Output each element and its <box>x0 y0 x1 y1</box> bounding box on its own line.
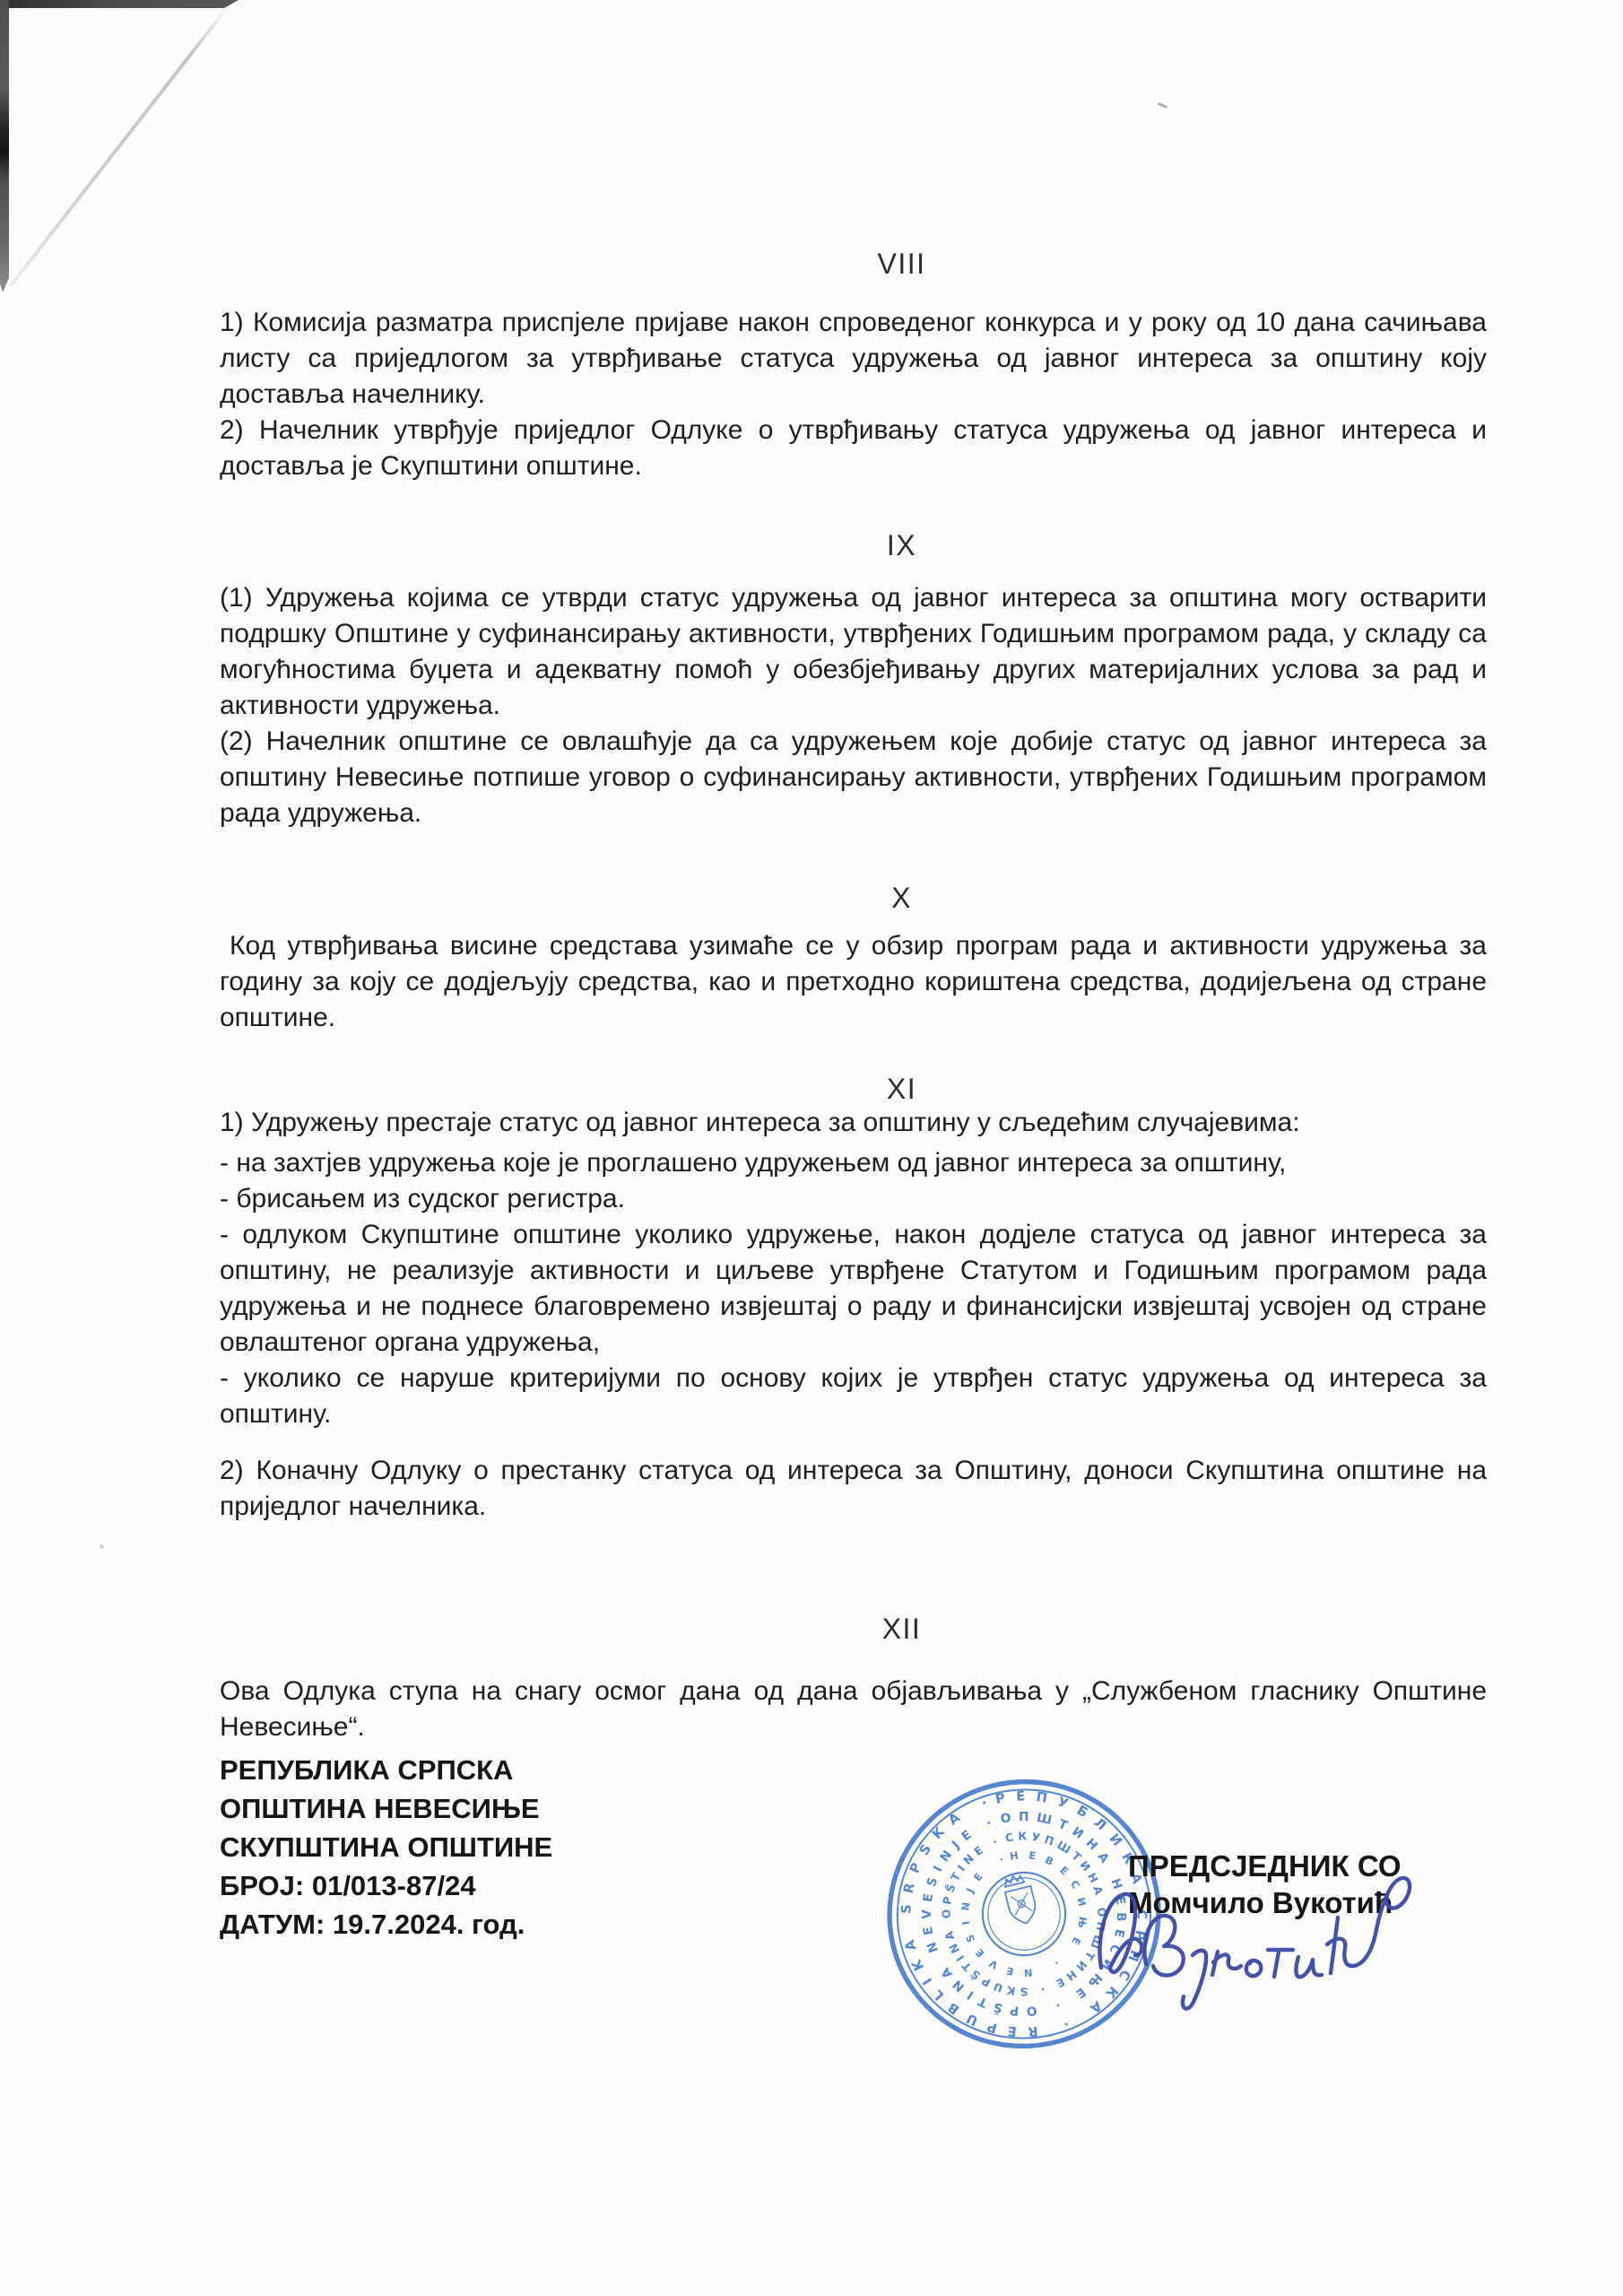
section-heading-xii: XII <box>268 1613 1535 1645</box>
paragraph: (2) Начелник општине се овлашћује да са … <box>220 724 1487 831</box>
page-fold-crease-artifact <box>9 4 231 288</box>
document-number: БРОЈ: 01/013-87/24 <box>220 1866 847 1905</box>
official-stamp: РЕПУБЛИКА СРПСКА · REPUBLIKA SRPSKA · ОП… <box>883 1776 1165 2052</box>
section-xi-closing: 2) Коначну Одлуку о престанку статуса од… <box>220 1453 1487 1525</box>
section-x-body: Код утврђивања висине средстава узимаће … <box>220 928 1487 1036</box>
scanner-edge-top-artifact <box>0 0 239 8</box>
section-xii-body: Ова Одлука ступа на снагу осмог дана од … <box>220 1674 1487 1745</box>
document-date: ДАТУМ: 19.7.2024. год. <box>220 1905 847 1944</box>
section-heading-ix: IX <box>268 529 1535 561</box>
stamp-coat-of-arms <box>1002 1873 1039 1926</box>
list-item: - уколико се наруше критеријуми по основ… <box>220 1361 1487 1432</box>
section-xi-list: - на захтјев удружења које је проглашено… <box>220 1145 1487 1432</box>
issuer-block: РЕПУБЛИКА СРПСКА ОПШТИНА НЕВЕСИЊЕ СКУПШТ… <box>220 1751 847 1944</box>
section-ix-body: (1) Удружења којима се утврди статус удр… <box>220 580 1487 831</box>
paragraph: 2) Коначну Одлуку о престанку статуса од… <box>220 1453 1487 1525</box>
list-item: - на захтјев удружења које је проглашено… <box>220 1145 1487 1181</box>
paragraph: Код утврђивања висине средстава узимаће … <box>220 928 1487 1036</box>
list-item: - брисањем из судског регистра. <box>220 1181 1487 1217</box>
section-heading-viii: VIII <box>268 248 1535 280</box>
issuer-assembly: СКУПШТИНА ОПШТИНЕ <box>220 1828 847 1866</box>
section-heading-xi: XI <box>268 1073 1535 1105</box>
section-heading-x: X <box>268 882 1535 914</box>
scan-speck-artifact <box>100 1544 104 1549</box>
issuer-municipality: ОПШТИНА НЕВЕСИЊЕ <box>220 1789 847 1828</box>
section-xi-intro: 1) Удружењу престаје статус од јавног ин… <box>220 1105 1487 1141</box>
signer-title: ПРЕДСЈЕДНИК СО <box>1128 1848 1594 1884</box>
scanned-document-page: VIII 1) Комисија разматра приспјеле приј… <box>0 0 1623 2296</box>
paragraph: 1) Комисија разматра приспјеле пријаве н… <box>220 305 1487 413</box>
scan-speck-artifact <box>1158 102 1167 109</box>
stamp-seal-graphic: РЕПУБЛИКА СРПСКА · REPUBLIKA SRPSKA · ОП… <box>883 1776 1165 2052</box>
signer-block: ПРЕДСЈЕДНИК СО Момчило Вукотић <box>1128 1848 1594 1921</box>
paragraph: 2) Начелник утврђује приједлог Одлуке о … <box>220 413 1487 484</box>
paragraph: 1) Удружењу престаје статус од јавног ин… <box>220 1105 1487 1141</box>
signer-name: Момчило Вукотић <box>1128 1884 1594 1921</box>
list-item: - одлуком Скупштине општине уколико удру… <box>220 1217 1487 1361</box>
issuer-republic: РЕПУБЛИКА СРПСКА <box>220 1751 847 1789</box>
section-viii-body: 1) Комисија разматра приспјеле пријаве н… <box>220 305 1487 484</box>
paragraph: Ова Одлука ступа на снагу осмог дана од … <box>220 1674 1487 1745</box>
scanner-edge-left-artifact <box>0 0 9 292</box>
paragraph: (1) Удружења којима се утврди статус удр… <box>220 580 1487 724</box>
